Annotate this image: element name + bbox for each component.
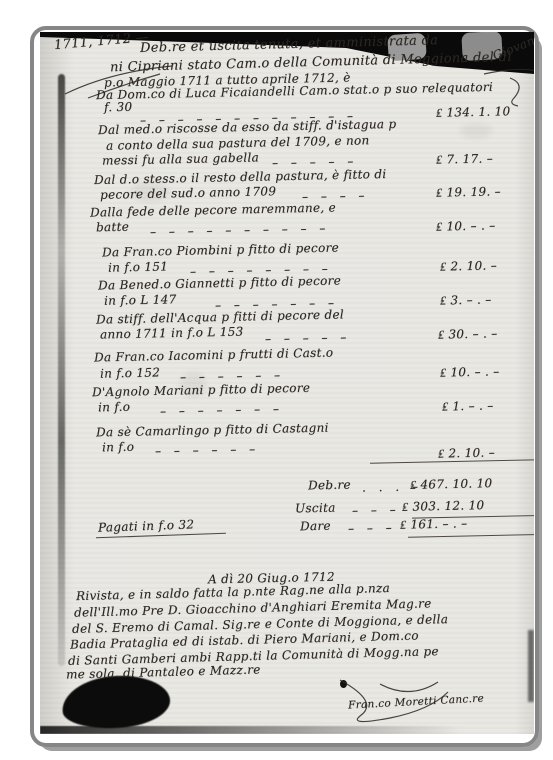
total-amount: ₤ 303. 12. 10 <box>402 499 485 515</box>
entry-amount: ₤ 19. 19. – <box>436 185 501 200</box>
entry-line: in f.o 152 <box>100 366 160 381</box>
entry-line: Da Fran.co Piombini p fitto di pecore <box>102 242 339 261</box>
total-label: Uscita <box>295 502 336 517</box>
entry-line: f. 30 <box>104 101 133 115</box>
entry-amount: ₤ 2. 10. – <box>438 446 495 461</box>
entry-line: D'Agnolo Mariani p fitto di pecore <box>92 382 310 400</box>
entry-line: anno 1711 in f.o L 153 <box>100 325 244 342</box>
entry-line: in f.o <box>98 401 131 415</box>
dash-leader: – – – – – – <box>155 443 256 459</box>
entry-line: pecore del sud.o anno 1709 <box>100 185 276 202</box>
total-amount: ₤ 467. 10. 10 <box>410 477 493 493</box>
dash-leader: – – – – – – – – – – <box>150 222 327 239</box>
attestation-line: me sola. di Pantaleo e Mazz.re <box>66 663 261 682</box>
entry-line: Da Bened.o Giannetti p fitto di pecore <box>98 274 341 293</box>
dash-leader: – – – – – – – <box>160 403 280 419</box>
entry-amount: ₤ 10. – . – <box>436 219 496 234</box>
entry-amount: ₤ 1. – . – <box>442 399 494 414</box>
entry-line: in f.o <box>102 441 135 455</box>
entry-line: in f.o 151 <box>108 260 168 275</box>
dash-leader: – – – <box>348 522 393 537</box>
entry-line: batte <box>96 221 129 235</box>
entry-line: messi fu alla sua gabella <box>102 151 259 168</box>
right-edge-shadow <box>528 630 534 702</box>
entry-amount: ₤ 134. 1. 10 <box>436 105 511 120</box>
dash-leader: – – – <box>352 504 397 519</box>
entry-line: Dalla fede delle pecore maremmane, e <box>90 201 336 220</box>
pagati-note: Pagati in f.o 32 <box>98 518 195 535</box>
entry-amount: ₤ 3. – . – <box>440 293 492 308</box>
entry-amount: ₤ 2. 10. – <box>440 259 497 274</box>
dash-leader: – – – – – <box>265 331 348 347</box>
entry-amount: ₤ 30. – . – <box>438 327 498 342</box>
binding-shadow <box>58 74 65 666</box>
entry-line: in f.o L 147 <box>104 293 177 308</box>
entry-amount: ₤ 7. 17. – <box>436 152 493 167</box>
entry-amount: ₤ 10. – . – <box>440 365 500 380</box>
ink-rule <box>408 533 534 538</box>
total-amount: ₤ 161. – . – <box>400 517 468 532</box>
total-label: Dare <box>300 520 331 534</box>
document-viewer: 1711, 1712 — Deb.re et uscita tenuta, et… <box>0 0 553 760</box>
entry-line: Da Fran.co Iacomini p frutti di Cast.o <box>94 346 334 365</box>
total-label: Deb.re <box>308 479 351 494</box>
entry-line: Da sè Camarlingo p fitto di Castagni <box>96 422 329 441</box>
paper-stain <box>460 124 492 138</box>
page-scan: 1711, 1712 — Deb.re et uscita tenuta, et… <box>40 32 534 734</box>
